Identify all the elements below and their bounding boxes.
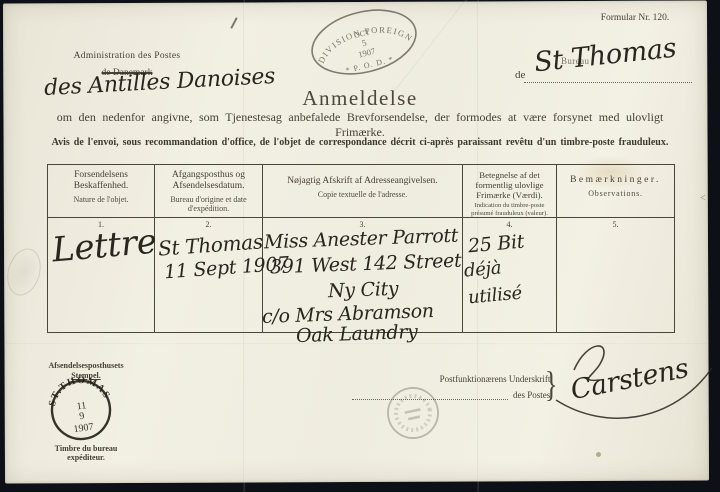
entry-address-line: Oak Laundry	[296, 321, 418, 347]
header-danish: Forsendelsens Beskaffenhed.	[48, 170, 154, 192]
intro-danish: om den nedenfor angivne, som Tjenestesag…	[40, 110, 680, 140]
sender-stamp-label: Afsendelsesposthusets	[34, 361, 138, 370]
sender-stamp-caption: Timbre du bureau	[34, 444, 138, 453]
body-cell-remarks	[557, 231, 674, 332]
postmaster-signature: Carstens	[548, 338, 720, 440]
svg-text:9: 9	[79, 411, 85, 423]
sender-stamp-caption: expéditeur.	[34, 453, 138, 462]
column-number: 5.	[557, 218, 674, 231]
signature-dotted-line	[352, 398, 508, 400]
column-number: 4.	[463, 218, 557, 231]
column-header-stamp: Betegnelse af det formentlig ulovlige Fr…	[463, 165, 557, 218]
svg-text:1907: 1907	[73, 421, 94, 435]
signature-label: Postfunktionærens Underskrift	[428, 374, 562, 384]
formular-number: Formular Nr. 120.	[578, 13, 692, 23]
header-french: Nature de l'objet.	[48, 195, 154, 204]
st-thomas-round-postmark: ST.THOMAS 11 9 1907	[45, 374, 117, 446]
margin-check-mark: <	[700, 193, 706, 204]
column-header-address: Nøjagtig Afskrift af Adresseangivelsen. …	[263, 165, 463, 218]
administration-line: Administration des Postes	[68, 51, 186, 61]
entry-stamp-value: déjà	[463, 257, 502, 281]
header-danish: Nøjagtig Afskrift af Adresseangivelsen.	[263, 170, 462, 187]
header-french: Copie textuelle de l'adresse.	[263, 190, 462, 199]
header-french: Bureau d'origine et date d'expédition.	[155, 195, 262, 213]
column-header-remarks: Bemærkninger. Observations.	[557, 165, 674, 218]
header-danish: Afgangsposthus og Afsendelsesdatum.	[155, 170, 262, 192]
bureau-dotted-line	[524, 81, 692, 83]
photograph-of-document: < Administration des Postes de Danemark …	[0, 0, 720, 492]
column-header-origin: Afgangsposthus og Afsendelsesdatum. Bure…	[155, 165, 263, 218]
header-french: Observations.	[557, 189, 674, 198]
column-number: 2.	[155, 218, 263, 231]
svg-text:1907: 1907	[357, 46, 376, 60]
entry-address-line: Ny City	[328, 278, 399, 302]
bureau-de-label: de	[515, 69, 525, 81]
intro-french: Avis de l'envoi, sous recommandation d'o…	[48, 137, 672, 148]
header-danish: Bemærkninger.	[557, 170, 674, 186]
header-danish: Betegnelse af det formentlig ulovlige Fr…	[463, 170, 556, 200]
header-french: Indication du timbre-poste présumé fraud…	[463, 202, 556, 217]
document-title: Anmeldelse	[260, 86, 460, 111]
column-header-nature: Forsendelsens Beskaffenhed. Nature de l'…	[48, 165, 155, 218]
faint-round-postmark	[380, 380, 446, 446]
